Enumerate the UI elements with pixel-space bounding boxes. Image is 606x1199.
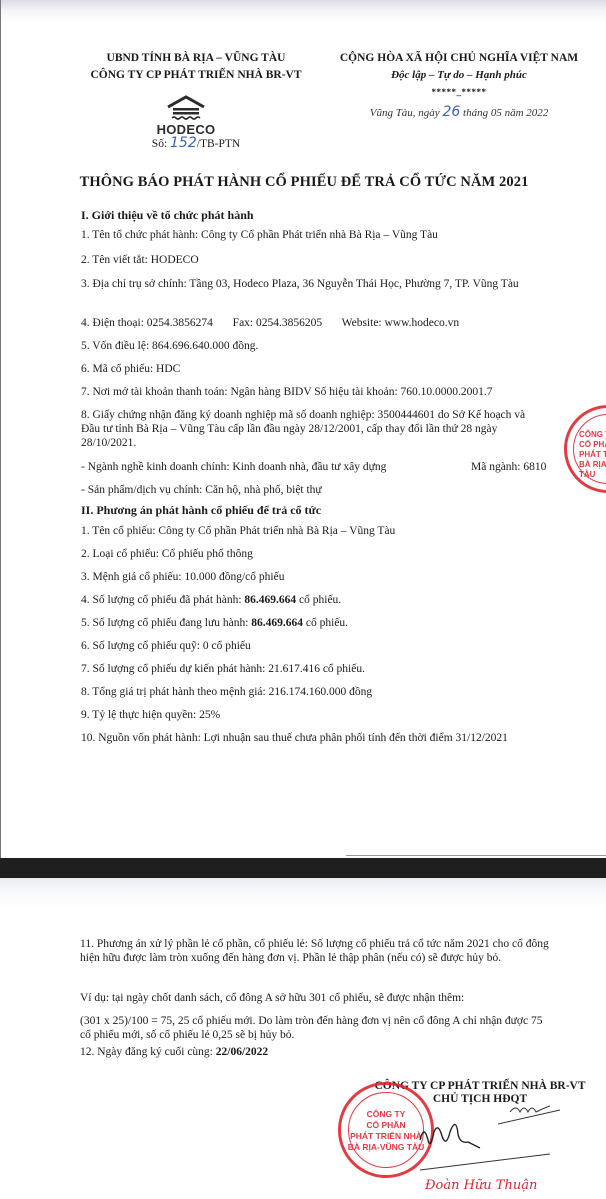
document-number: Số: 152/TB-PTN [131, 135, 261, 151]
national-header: CỘNG HÒA XÃ HỘI CHỦ NGHĨA VIỆT NAM Độc l… [319, 50, 599, 122]
example-line: Ví dụ: tại ngày chốt danh sách, cổ đông … [80, 991, 464, 1005]
handwritten-doc-number: 152 [170, 135, 197, 151]
phone: 4. Điện thoại: 0254.3856274 [81, 317, 213, 329]
company-seal-partial: CÔNG TY CỔ PHẦN PHÁT TRIỂN NHÀ BÀ RỊA-VŨ… [564, 405, 606, 493]
page-divider [0, 858, 606, 878]
handwritten-day: 26 [442, 104, 460, 120]
record-date: 22/06/2022 [216, 1046, 268, 1058]
list-item: 2. Loại cổ phiếu: Cổ phiếu phổ thông [81, 547, 253, 561]
section-1-heading: I. Giới thiệu về tổ chức phát hành [81, 208, 254, 222]
list-item: 6. Số lượng cổ phiếu quỹ: 0 cổ phiếu [81, 639, 251, 653]
signer-name: Đoàn Hữu Thuận [425, 1178, 537, 1193]
example-calculation: (301 x 25)/100 = 75, 25 cổ phiếu mới. Do… [80, 1014, 550, 1042]
list-item: 9. Tỷ lệ thực hiện quyền: 25% [81, 708, 220, 722]
authority-name: UBND TỈNH BÀ RỊA – VŨNG TÀU [61, 50, 331, 67]
list-item: 11. Phương án xử lý phần lẻ cổ phần, cổ … [80, 937, 550, 965]
business-line: - Ngành nghề kinh doanh chính: Kinh doan… [81, 460, 386, 474]
national-title: CỘNG HÒA XÃ HỘI CHỦ NGHĨA VIỆT NAM [319, 50, 599, 67]
issuer-header: UBND TỈNH BÀ RỊA – VŨNG TÀU CÔNG TY CP P… [61, 50, 331, 84]
house-logo-icon [164, 95, 208, 121]
signature-scribble-icon [400, 1090, 600, 1180]
section-2-heading: II. Phương án phát hành cổ phiếu để trả … [81, 503, 321, 517]
list-item: 5. Vốn điều lệ: 864.696.640.000 đồng. [81, 339, 258, 353]
document-page-1: UBND TỈNH BÀ RỊA – VŨNG TÀU CÔNG TY CP P… [0, 0, 606, 858]
list-item: 7. Nơi mở tài khoản thanh toán: Ngân hàn… [81, 385, 493, 399]
website: Website: www.hodeco.vn [342, 317, 459, 329]
fax: Fax: 0254.3856205 [233, 317, 322, 329]
company-name: CÔNG TY CP PHÁT TRIỂN NHÀ BR-VT [61, 67, 331, 84]
national-motto: Độc lập – Tự do – Hạnh phúc [319, 67, 599, 84]
separator-stars: *****_***** [319, 84, 599, 101]
list-item: 2. Tên viết tắt: HODECO [81, 253, 199, 267]
list-item: 12. Ngày đăng ký cuối cùng: 22/06/2022 [80, 1045, 268, 1059]
list-item: 5. Số lượng cổ phiếu đang lưu hành: 86.4… [81, 616, 348, 630]
list-item: 7. Số lượng cổ phiếu dự kiến phát hành: … [81, 662, 365, 676]
hodeco-logo: HODECO [146, 95, 226, 137]
list-item: 1. Tên cổ phiếu: Công ty Cổ phần Phát tr… [81, 524, 395, 538]
list-item: 10. Nguồn vốn phát hành: Lợi nhuận sau t… [81, 731, 521, 745]
document-title: THÔNG BÁO PHÁT HÀNH CỔ PHIẾU ĐỂ TRẢ CỔ T… [1, 174, 606, 191]
list-item: 4. Số lượng cổ phiếu đã phát hành: 86.46… [81, 593, 341, 607]
industry-code: Mã ngành: 6810 [471, 460, 546, 474]
products-line: - Sản phẩm/dịch vụ chính: Căn hộ, nhà ph… [81, 483, 322, 497]
list-item: 8. Giấy chứng nhận đăng ký doanh nghiệp … [81, 408, 541, 450]
list-item: 8. Tổng giá trị phát hành theo mệnh giá:… [81, 685, 372, 699]
contact-line: 4. Điện thoại: 0254.3856274 Fax: 0254.38… [81, 316, 459, 330]
list-item: 3. Địa chỉ trụ sở chính: Tầng 03, Hodeco… [81, 277, 541, 291]
list-item: 1. Tên tổ chức phát hành: Công ty Cổ phầ… [81, 228, 438, 242]
list-item: 6. Mã cổ phiếu: HDC [81, 362, 180, 376]
issue-date: Vũng Tàu, ngày 26 tháng 05 năm 2022 [319, 104, 599, 122]
list-item: 3. Mệnh giá cổ phiếu: 10.000 đồng/cổ phi… [81, 570, 284, 584]
